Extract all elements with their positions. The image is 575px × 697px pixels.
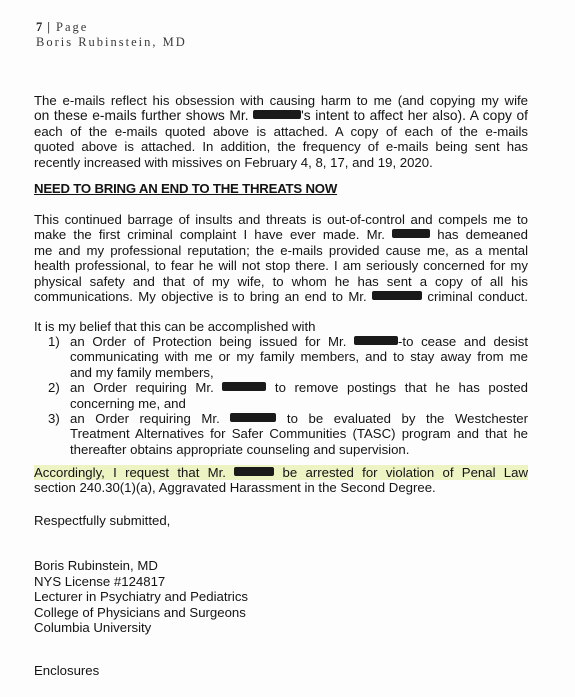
- list-item: 2) an Order requiring Mr. to remove post…: [48, 380, 528, 411]
- redaction-mark: [222, 382, 266, 391]
- redaction-mark: [234, 467, 274, 476]
- paragraph-threats: This continued barrage of insults and th…: [34, 212, 528, 304]
- header-author: Boris Rubinstein, MD: [36, 35, 187, 50]
- remedy-list: 1) an Order of Protection being issued f…: [48, 334, 528, 457]
- redaction-mark: [392, 229, 430, 238]
- text-line: quoted above is attached. In addition, t…: [34, 139, 528, 154]
- text-line: make the first criminal complaint I have…: [34, 227, 528, 242]
- paragraph-emails: The e-mails reflect his obsession with c…: [34, 93, 528, 170]
- list-number: 3): [48, 411, 60, 426]
- redaction-mark: [253, 110, 301, 119]
- text-line: It is my belief that this can be accompl…: [34, 319, 528, 334]
- signature-block: Boris Rubinstein, MD NYS License #124817…: [34, 558, 248, 636]
- list-number: 1): [48, 334, 60, 349]
- text-line: recently increased with missives on Febr…: [34, 155, 528, 170]
- redaction-mark: [354, 336, 398, 345]
- section-heading: NEED TO BRING AN END TO THE THREATS NOW: [34, 181, 337, 196]
- text-line: Accordingly, I request that Mr. be arres…: [34, 465, 528, 480]
- redaction-mark: [372, 291, 422, 300]
- text-line: health professional, to fear he will not…: [34, 258, 528, 273]
- page-header: 7|Page Boris Rubinstein, MD: [36, 20, 187, 50]
- text-line: on these e-mails further shows Mr. 's in…: [34, 108, 528, 123]
- page-label: Page: [56, 20, 88, 34]
- closing-text: Respectfully submitted,: [34, 513, 170, 528]
- signature-college: College of Physicians and Surgeons: [34, 605, 248, 621]
- document-page: 7|Page Boris Rubinstein, MD The e-mails …: [0, 0, 575, 697]
- list-item: 3) an Order requiring Mr. to be evaluate…: [48, 411, 528, 457]
- signature-university: Columbia University: [34, 620, 248, 636]
- list-number: 2): [48, 380, 60, 395]
- paragraph-intro: It is my belief that this can be accompl…: [34, 319, 528, 334]
- list-item: 1) an Order of Protection being issued f…: [48, 334, 528, 380]
- text-line: section 240.30(1)(a), Aggravated Harassm…: [34, 480, 528, 495]
- text-line: each of the e-mails quoted above is atta…: [34, 124, 528, 139]
- signature-title: Lecturer in Psychiatry and Pediatrics: [34, 589, 248, 605]
- enclosures-label: Enclosures: [34, 663, 99, 678]
- highlighted-text: Accordingly, I request that Mr. be arres…: [34, 465, 528, 480]
- signature-name: Boris Rubinstein, MD: [34, 558, 248, 574]
- text-line: physical safety and that of my wife, to …: [34, 274, 528, 289]
- header-separator: |: [47, 20, 52, 34]
- text-line: The e-mails reflect his obsession with c…: [34, 93, 528, 108]
- text-line: communications. My objective is to bring…: [34, 289, 528, 304]
- paragraph-request: Accordingly, I request that Mr. be arres…: [34, 465, 528, 496]
- redaction-mark: [230, 413, 276, 422]
- signature-license: NYS License #124817: [34, 574, 248, 590]
- text-line: This continued barrage of insults and th…: [34, 212, 528, 227]
- text-line: me and my professional reputation; the e…: [34, 243, 528, 258]
- page-number: 7: [36, 20, 43, 34]
